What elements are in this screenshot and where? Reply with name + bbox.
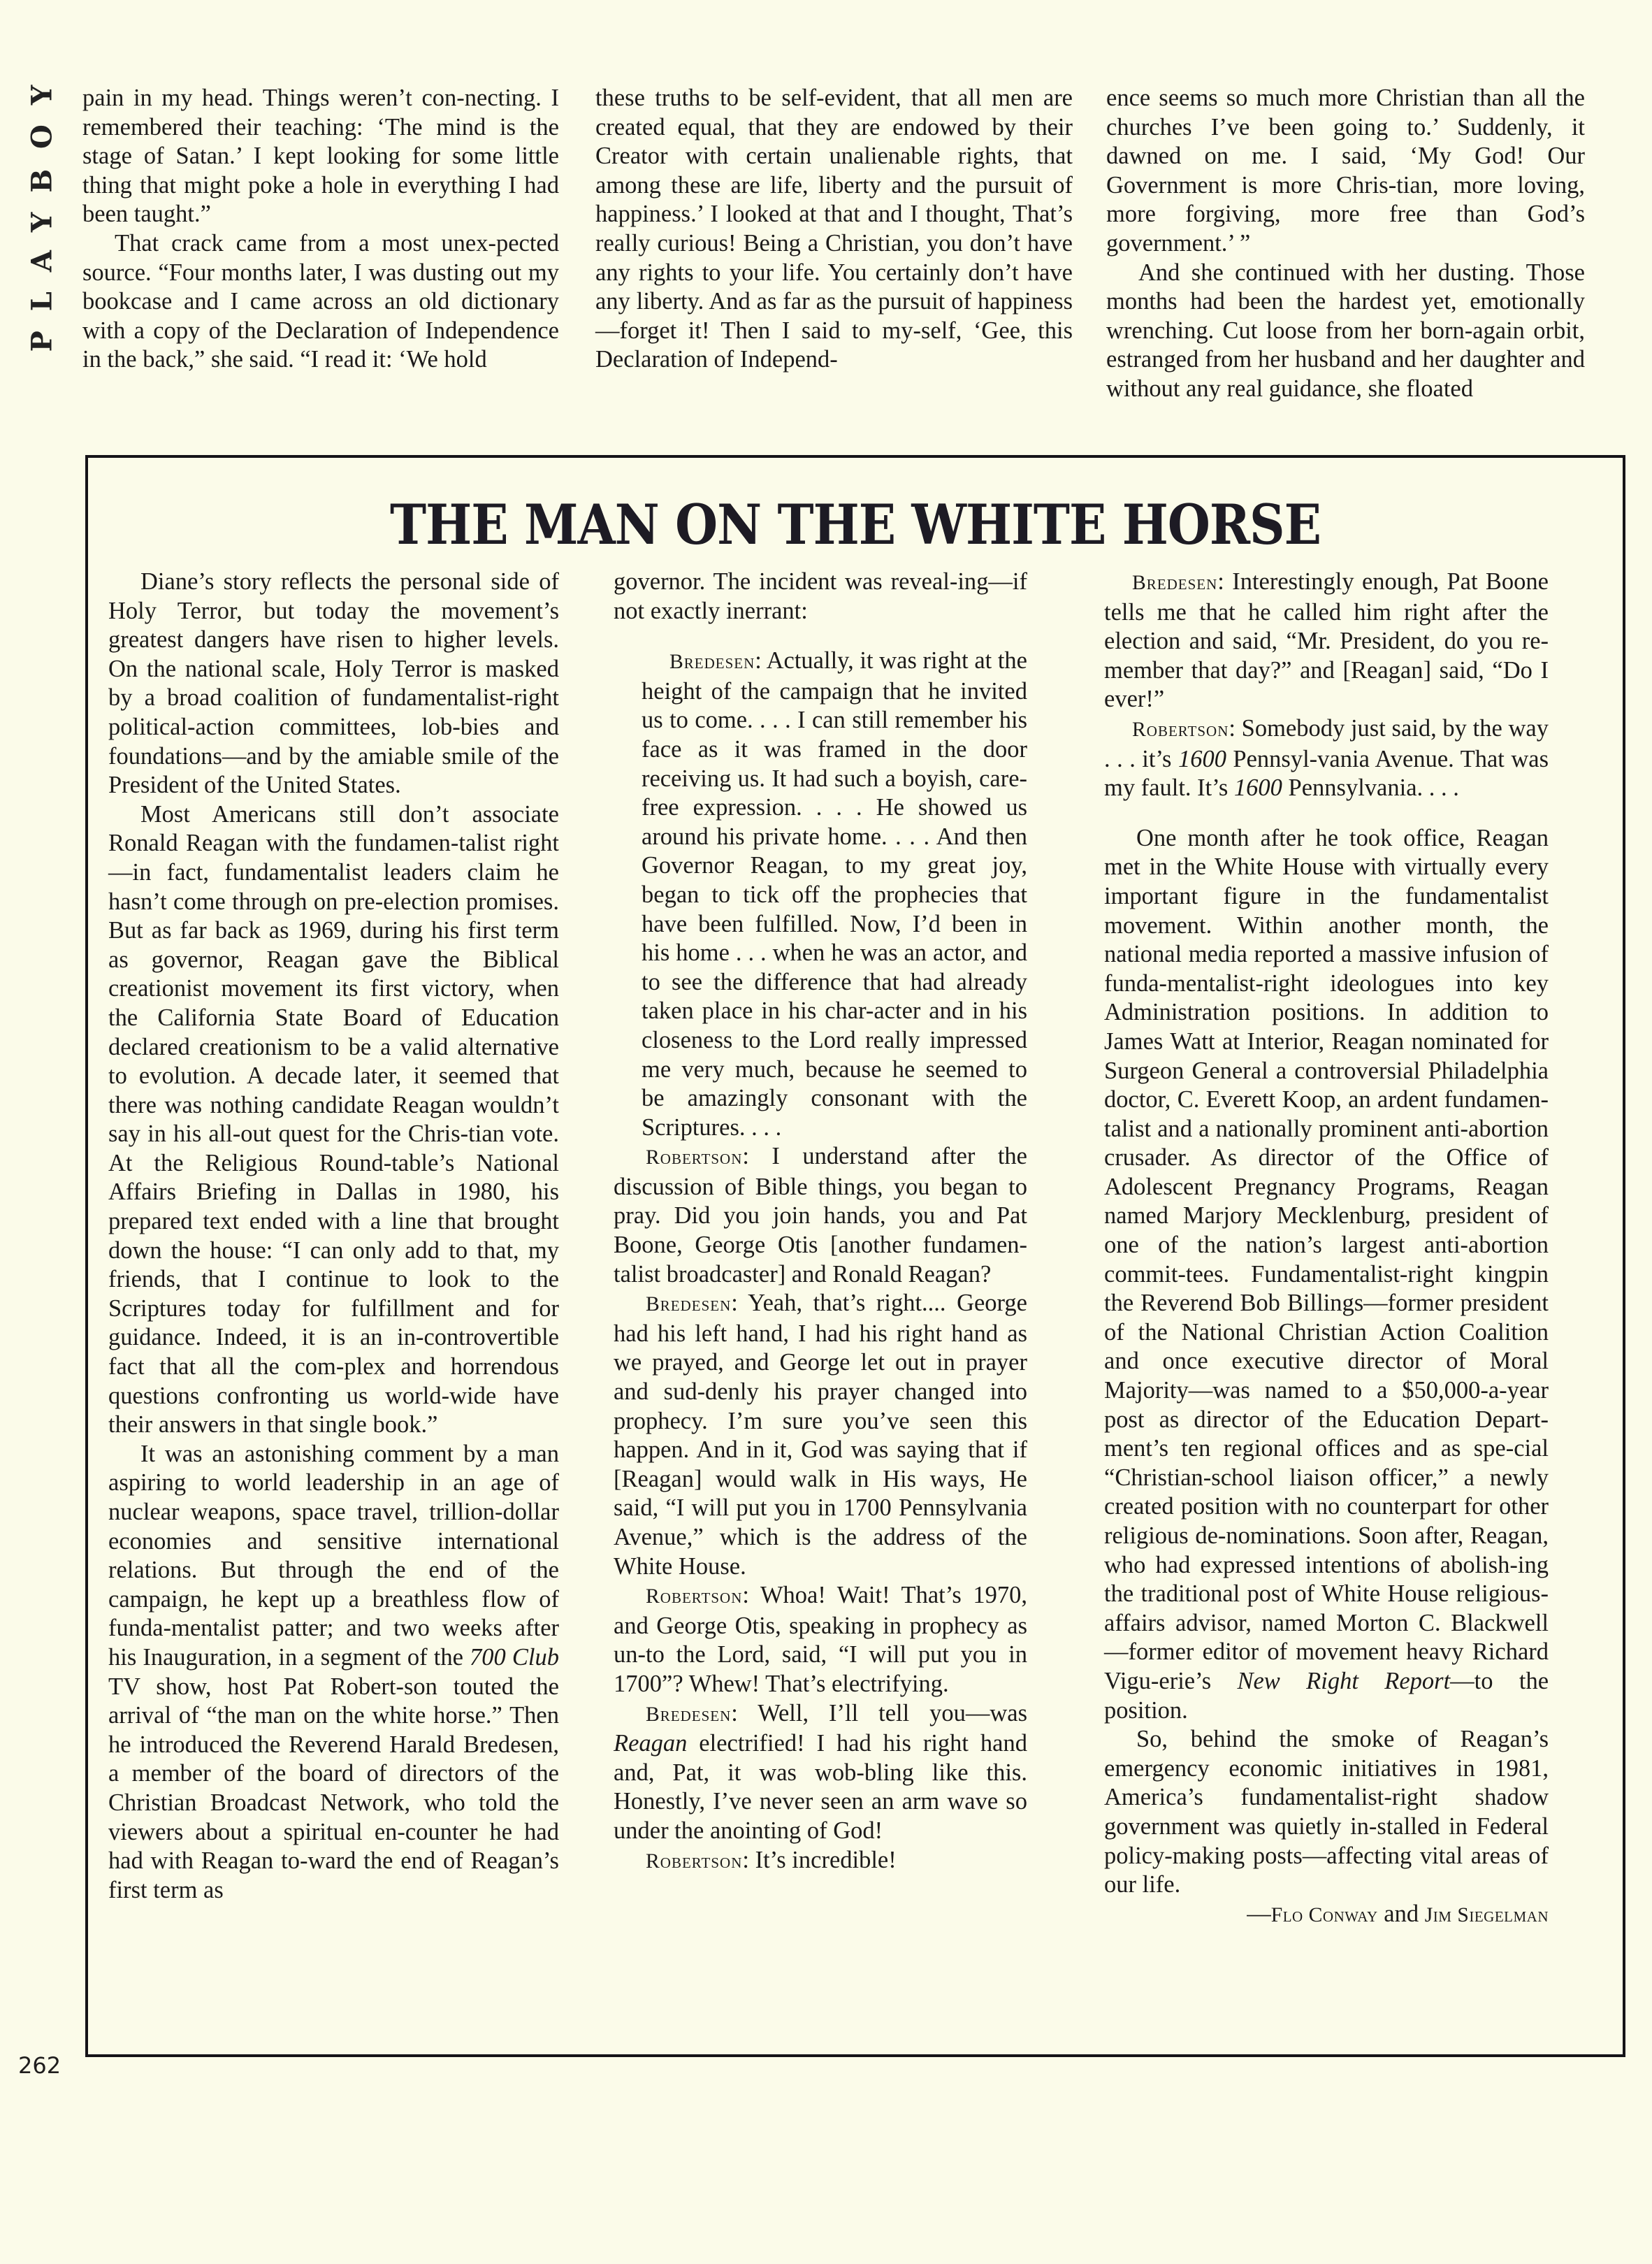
transcript-exchange: Bredesen: Well, I’ll tell you—was Reagan… [614, 1699, 1027, 1846]
sidebar-column-1: Diane’s story reflects the personal side… [108, 568, 559, 1905]
sidebar-column-2: governor. The incident was reveal-ing—if… [614, 568, 1027, 1876]
speaker-label: Bredesen [669, 651, 755, 673]
transcript-exchange: Bredesen: Actually, it was right at the … [642, 647, 1027, 1142]
transcript-exchange: Robertson: Whoa! Wait! That’s 1970, and … [614, 1581, 1027, 1699]
byline: —Flo Conway and Jim Siegelman [1104, 1900, 1549, 1931]
article-paragraph: And she continued with her dusting. Thos… [1106, 259, 1585, 404]
sidebar-paragraph: governor. The incident was reveal-ing—if… [614, 568, 1027, 626]
sidebar-column-3: Bredesen: Interestingly enough, Pat Boon… [1104, 568, 1549, 1930]
transcript: Bredesen: Actually, it was right at the … [614, 647, 1027, 1142]
page-number: 262 [18, 2052, 61, 2079]
speaker-label: Robertson [646, 1585, 742, 1608]
speaker-label: Bredesen [646, 1703, 731, 1726]
article-column-1: pain in my head. Things weren’t con-nect… [82, 84, 559, 375]
sidebar-paragraph: So, behind the smoke of Reagan’s emergen… [1104, 1725, 1549, 1900]
sidebar-paragraph: It was an astonishing comment by a man a… [108, 1440, 559, 1905]
sidebar-paragraph: Diane’s story reflects the personal side… [108, 568, 559, 800]
article-paragraph: these truths to be self-evident, that al… [595, 84, 1073, 375]
article-paragraph: ence seems so much more Christian than a… [1106, 84, 1585, 259]
article-paragraph: pain in my head. Things weren’t con-nect… [82, 84, 559, 229]
author-name: Jim Siegelman [1425, 1904, 1549, 1926]
transcript-exchange: Bredesen: Yeah, that’s right.... George … [614, 1289, 1027, 1581]
sidebar-paragraph: Most Americans still don’t associate Ron… [108, 800, 559, 1440]
transcript-continued: Bredesen: Interestingly enough, Pat Boon… [1104, 568, 1549, 803]
article-paragraph: That crack came from a most unex-pected … [82, 229, 559, 375]
speaker-label: Robertson [646, 1850, 742, 1873]
author-name: Flo Conway [1271, 1904, 1378, 1926]
speaker-label: Bredesen [646, 1293, 731, 1315]
sidebar-paragraph: One month after he took office, Reagan m… [1104, 824, 1549, 1725]
transcript-exchange: Bredesen: Interestingly enough, Pat Boon… [1104, 568, 1549, 714]
show-title: 700 Club [470, 1644, 559, 1671]
transcript-exchange: Robertson: I understand after the discus… [614, 1142, 1027, 1289]
speaker-label: Robertson [646, 1146, 742, 1169]
article-column-2: these truths to be self-evident, that al… [595, 84, 1073, 375]
running-head: PLAYBOY [24, 82, 60, 334]
article-column-3: ence seems so much more Christian than a… [1106, 84, 1585, 404]
magazine-name: PLAYBOY [26, 65, 59, 352]
transcript-exchange: Robertson: It’s incredible! [614, 1846, 1027, 1877]
speaker-label: Bredesen [1132, 572, 1217, 594]
sidebar-title: THE MAN ON THE WHITE HORSE [88, 492, 1623, 557]
speaker-label: Robertson [1132, 719, 1229, 741]
transcript-exchange: Robertson: Somebody just said, by the wa… [1104, 714, 1549, 803]
publication-title: New Right Report [1237, 1668, 1450, 1694]
